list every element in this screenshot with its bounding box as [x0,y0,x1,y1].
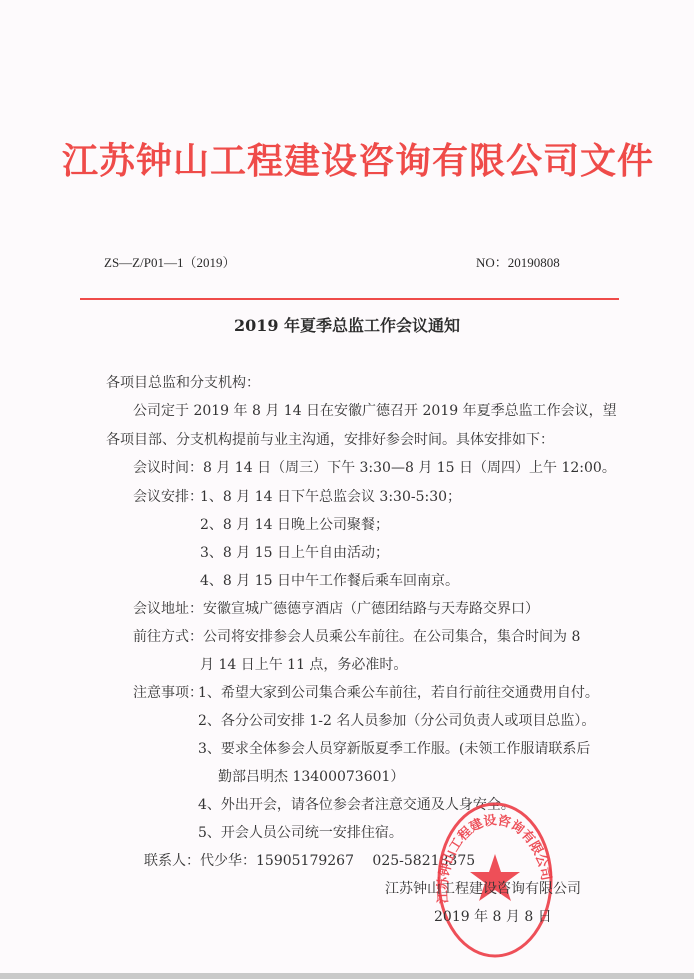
letterhead-title: 江苏钟山工程建设咨询有限公司文件 [62,133,632,184]
meeting-time: 会议时间：8 月 14 日（周三）下午 3:30—8 月 15 日（周四）上午 … [133,457,616,477]
transport-line-1: 前往方式：公司将安排参会人员乘公车前往。在公司集合，集合时间为 8 [133,626,580,646]
note-item: 5、开会人员公司统一安排住宿。 [198,822,403,842]
transport-line-2: 月 14 日上午 11 点，务必准时。 [200,654,407,674]
schedule-label: 会议安排： [133,486,203,506]
notes-label: 注意事项： [133,682,203,702]
red-divider-line [80,298,619,300]
schedule-item: 3、8 月 15 日上午自由活动； [200,542,389,562]
document-code: ZS—Z/P01—1（2019） [104,252,235,271]
schedule-item: 4、8 月 15 日中午工作餐后乘车回南京。 [200,570,459,590]
notice-title: 2019 年夏季总监工作会议通知 [0,313,694,336]
note-item: 2、各分公司安排 1-2 名人员参加（分公司负责人或项目总监）。 [198,710,595,730]
contact-info: 联系人：代少华：15905179267 025-58218375 [144,850,475,870]
meeting-address: 会议地址：安徽宣城广德德亨酒店（广德团结路与天寿路交界口） [133,598,539,618]
schedule-item: 2、8 月 14 日晚上公司聚餐； [200,514,389,534]
note-item-continuation: 勤部吕明杰 13400073601） [218,766,404,786]
intro-line-2: 各项目部、分支机构提前与业主沟通，安排好参会时间。具体安排如下： [106,429,554,449]
note-item: 1、希望大家到公司集合乘公车前往，若自行前往交通费用自付。 [198,682,599,702]
scan-edge [0,973,694,979]
signature-company: 江苏钟山工程建设咨询有限公司 [385,878,581,898]
signature-date: 2019 年 8 月 8 日 [434,906,552,926]
salutation: 各项目总监和分支机构： [106,372,260,392]
document-number: NO：20190808 [476,252,560,271]
note-item: 3、要求全体参会人员穿新版夏季工作服。(未领工作服请联系后 [198,738,590,758]
document-page: 江苏钟山工程建设咨询有限公司文件 ZS—Z/P01—1（2019） NO：201… [0,0,694,979]
intro-line-1: 公司定于 2019 年 8 月 14 日在安徽广德召开 2019 年夏季总监工作… [133,400,617,420]
schedule-item: 1、8 月 14 日下午总监会议 3:30-5:30； [200,486,461,506]
